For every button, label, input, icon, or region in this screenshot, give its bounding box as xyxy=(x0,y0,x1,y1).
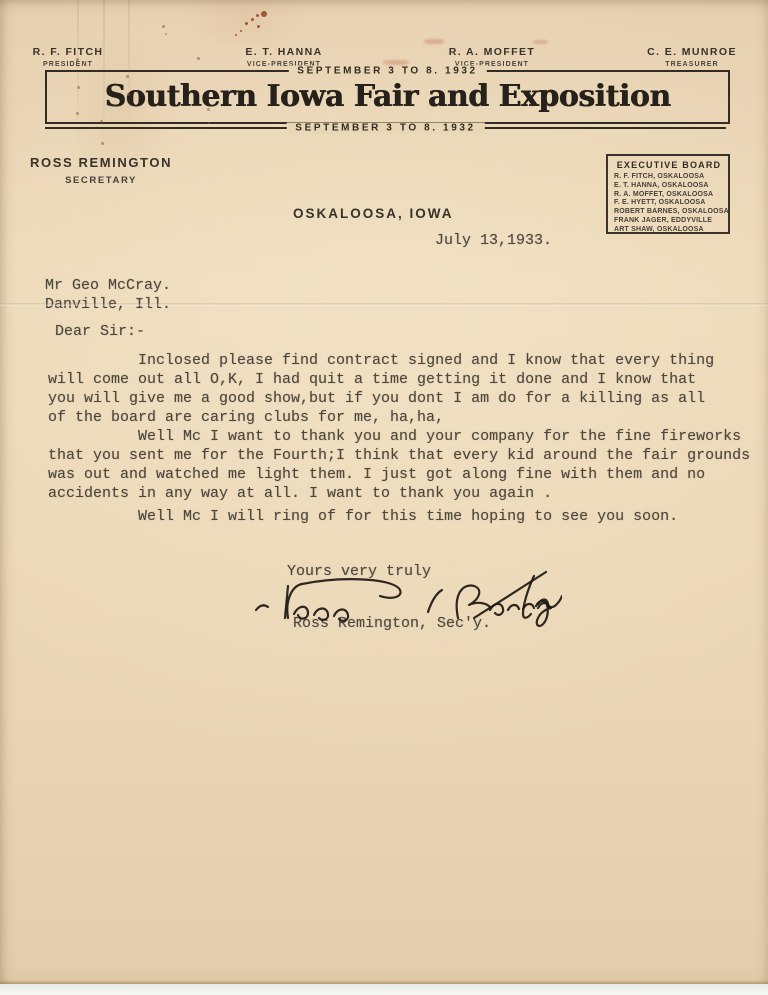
salutation: Dear Sir:- xyxy=(55,322,145,341)
executive-board-heading: EXECUTIVE BOARD xyxy=(614,160,724,170)
date-line: July 13,1933. xyxy=(435,231,552,250)
vertical-crease xyxy=(77,0,79,150)
officer-title: PRESIDENT xyxy=(33,61,104,68)
secretary-title: SECRETARY xyxy=(30,175,172,186)
vertical-crease xyxy=(128,0,130,135)
stain-dot xyxy=(208,122,210,124)
board-member: ROBERT BARNES, OSKALOOSA xyxy=(614,208,724,217)
stain-dot xyxy=(100,120,103,123)
red-stain-dot xyxy=(257,25,260,28)
officer-name: E. T. HANNA xyxy=(245,46,322,58)
board-member: F. E. HYETT, OSKALOOSA xyxy=(614,199,724,208)
body-paragraph-2: Well Mc I want to thank you and your com… xyxy=(48,427,760,503)
officer-name: R. A. MOFFET xyxy=(449,46,535,58)
red-stain-dot xyxy=(256,14,259,17)
red-stain-dot xyxy=(251,18,254,21)
body-paragraph-1: Inclosed please find contract signed and… xyxy=(48,351,760,427)
officer-name: R. F. FITCH xyxy=(33,46,104,58)
city-line: OSKALOOSA, IOWA xyxy=(293,206,454,221)
recipient-address: Mr Geo McCray. Danville, Ill. xyxy=(45,276,171,314)
red-stain-dot xyxy=(235,34,237,36)
stain-dot xyxy=(76,112,79,115)
board-member: ART SHAW, OSKALOOSA xyxy=(614,226,724,235)
secretary-block: ROSS REMINGTON SECRETARY xyxy=(30,155,172,186)
banner-date-top: SEPTEMBER 3 TO 8. 1932 xyxy=(288,66,486,77)
scanner-background-strip xyxy=(0,984,768,995)
stain-dot xyxy=(127,93,130,96)
officer-treasurer: C. E. MUNROE TREASURER xyxy=(647,46,737,68)
stain-dot xyxy=(162,25,165,28)
board-member: R. A. MOFFET, OSKALOOSA xyxy=(614,191,724,200)
executive-board-box: EXECUTIVE BOARD R. F. FITCH, OSKALOOSA E… xyxy=(606,154,730,234)
board-member: E. T. HANNA, OSKALOOSA xyxy=(614,182,724,191)
stain-dot xyxy=(76,58,79,61)
officer-name: C. E. MUNROE xyxy=(647,46,737,58)
red-stain-dot xyxy=(240,30,242,32)
handwritten-signature-ross-remington xyxy=(250,570,562,632)
red-smudge xyxy=(533,40,548,44)
organization-title: Southern Iowa Fair and Exposition xyxy=(47,79,728,114)
officer-president: R. F. FITCH PRESIDENT xyxy=(33,46,104,68)
stain-dot xyxy=(165,33,167,35)
red-smudge xyxy=(424,39,444,44)
red-stain-blob xyxy=(261,11,267,17)
stain-dot xyxy=(77,86,80,89)
letter-scan-page: R. F. FITCH PRESIDENT E. T. HANNA VICE-P… xyxy=(0,0,768,995)
vertical-crease xyxy=(103,0,105,165)
red-stain-dot xyxy=(245,22,248,25)
secretary-name: ROSS REMINGTON xyxy=(30,155,172,170)
letterhead-banner: SEPTEMBER 3 TO 8. 1932 Southern Iowa Fai… xyxy=(45,70,730,124)
banner-date-bottom: SEPTEMBER 3 TO 8. 1932 xyxy=(286,123,484,134)
board-member: R. F. FITCH, OSKALOOSA xyxy=(614,173,724,182)
stain-dot xyxy=(126,75,129,78)
banner-bottom-rule: SEPTEMBER 3 TO 8. 1932 xyxy=(45,127,726,129)
red-smudge xyxy=(383,60,409,65)
board-member: FRANK JAGER, EDDYVILLE xyxy=(614,217,724,226)
body-paragraph-3: Well Mc I will ring of for this time hop… xyxy=(48,507,760,526)
officer-title: TREASURER xyxy=(647,61,737,68)
stain-dot xyxy=(101,142,104,145)
stain-dot xyxy=(197,57,200,60)
horizontal-fold-crease xyxy=(0,303,768,306)
stain-dot xyxy=(207,108,210,111)
